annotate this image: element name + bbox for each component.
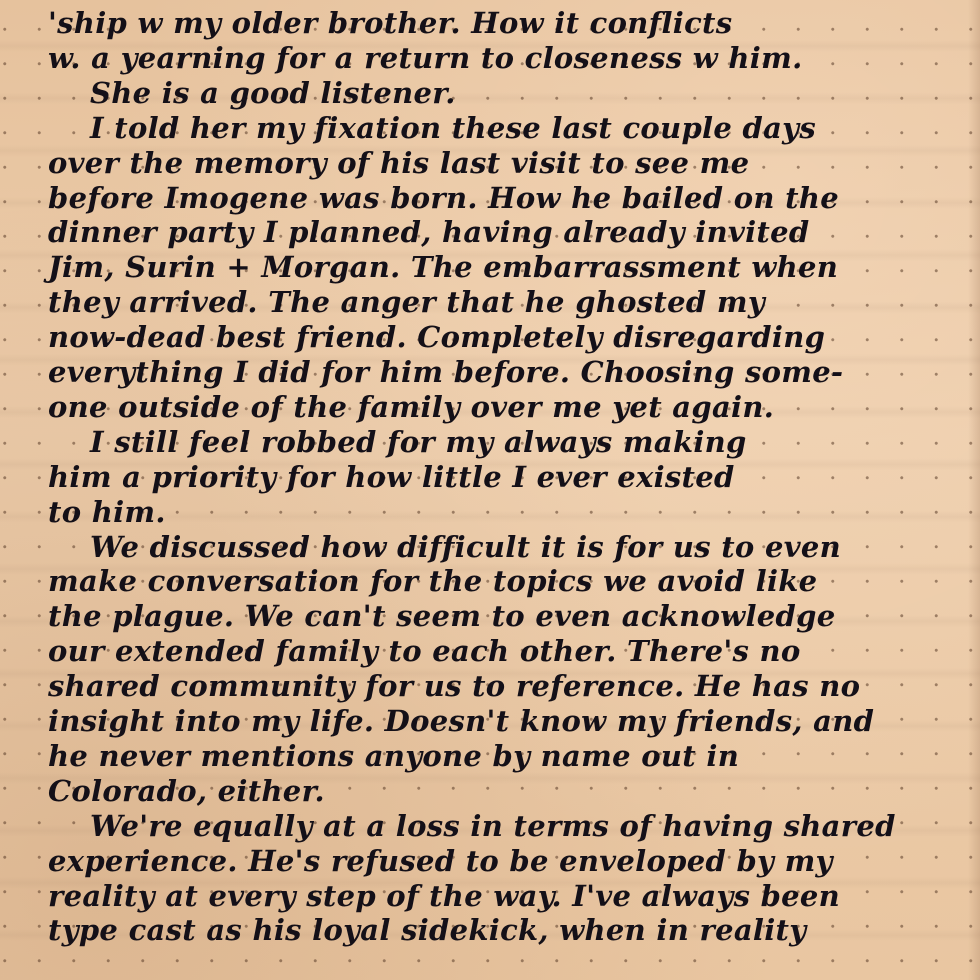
- handwritten-line: Colorado, either.: [48, 774, 960, 808]
- handwritten-line: our extended family to each other. There…: [48, 634, 960, 668]
- handwritten-line: We discussed how difficult it is for us …: [90, 530, 960, 564]
- handwritten-line: he never mentions anyone by name out in: [48, 739, 960, 773]
- handwritten-line: make conversation for the topics we avoi…: [48, 564, 960, 598]
- handwritten-line: they arrived. The anger that he ghosted …: [48, 285, 960, 319]
- handwritten-line: dinner party I planned, having already i…: [48, 215, 960, 249]
- journal-page: 'ship w my older brother. How it conflic…: [0, 0, 980, 980]
- handwritten-line: to him.: [48, 495, 960, 529]
- handwritten-line: the plague. We can't seem to even acknow…: [48, 599, 960, 633]
- handwritten-text: 'ship w my older brother. How it conflic…: [0, 0, 980, 980]
- handwritten-line: him a priority for how little I ever exi…: [48, 460, 960, 494]
- handwritten-line: She is a good listener.: [90, 76, 960, 110]
- handwritten-line: shared community for us to reference. He…: [48, 669, 960, 703]
- handwritten-line: one outside of the family over me yet ag…: [48, 390, 960, 424]
- handwritten-line: before Imogene was born. How he bailed o…: [48, 181, 960, 215]
- handwritten-line: insight into my life. Doesn't know my fr…: [48, 704, 960, 738]
- handwritten-line: over the memory of his last visit to see…: [48, 146, 960, 180]
- handwritten-line: We're equally at a loss in terms of havi…: [90, 809, 960, 843]
- handwritten-line: type cast as his loyal sidekick, when in…: [48, 913, 960, 947]
- handwritten-line: I still feel robbed for my always making: [90, 425, 960, 459]
- handwritten-line: 'ship w my older brother. How it conflic…: [48, 6, 960, 40]
- handwritten-line: experience. He's refused to be enveloped…: [48, 844, 960, 878]
- handwritten-line: I told her my fixation these last couple…: [90, 111, 960, 145]
- handwritten-line: now-dead best friend. Completely disrega…: [48, 320, 960, 354]
- handwritten-line: w. a yearning for a return to closeness …: [48, 41, 960, 75]
- handwritten-line: everything I did for him before. Choosin…: [48, 355, 960, 389]
- handwritten-line: Jim, Surin + Morgan. The embarrassment w…: [48, 250, 960, 284]
- handwritten-line: reality at every step of the way. I've a…: [48, 879, 960, 913]
